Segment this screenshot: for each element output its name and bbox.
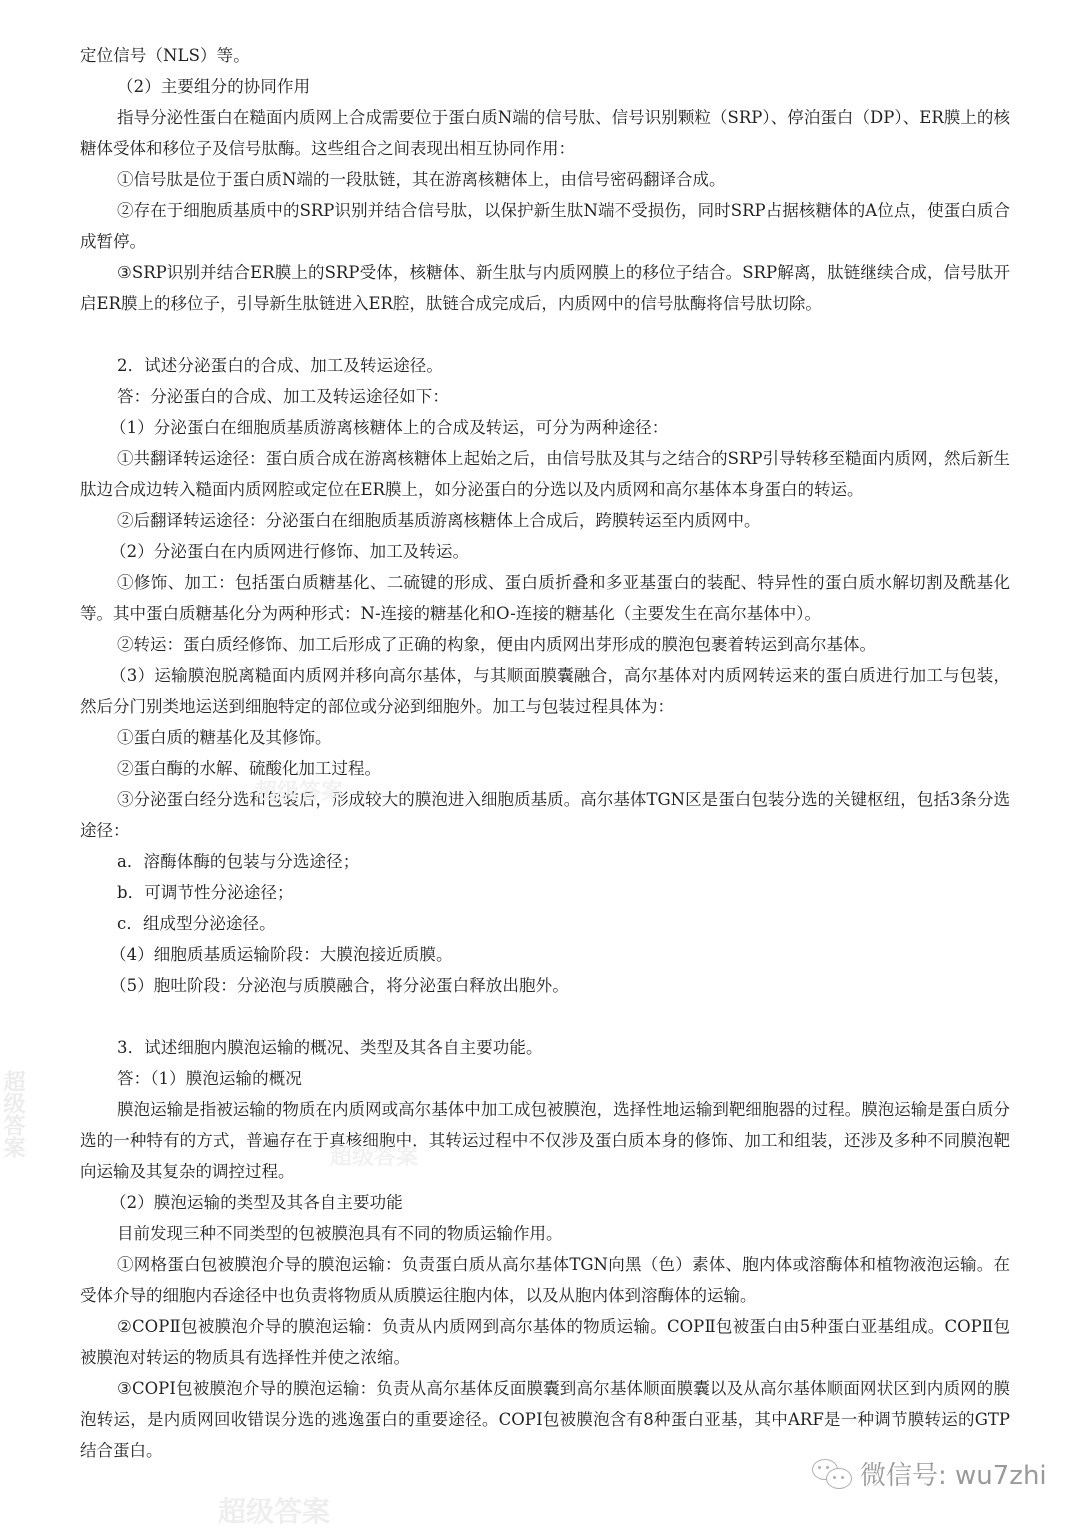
bottom-watermark: 超级答案: [218, 1490, 330, 1528]
paragraph-intro: 指导分泌性蛋白在糙面内质网上合成需要位于蛋白质N端的信号肽、信号识别颗粒（SRP…: [80, 102, 1010, 164]
pathway-c: c．组成型分泌途径。: [80, 908, 1010, 939]
wechat-icon: [812, 1459, 852, 1489]
list-item-copii: ②COPⅡ包被膜泡介导的膜泡运输：负责从内质网到高尔基体的物质运输。COPⅡ包被…: [80, 1311, 1010, 1373]
question-3-title: 3．试述细胞内膜泡运输的概况、类型及其各自主要功能。: [80, 1032, 1010, 1063]
mid-watermark-2: 超级答案: [330, 1140, 418, 1171]
document-page: 定位信号（NLS）等。 （2）主要组分的协同作用 指导分泌性蛋白在糙面内质网上合…: [80, 40, 1010, 1466]
question-2-part-2-heading: （2）分泌蛋白在内质网进行修饰、加工及转运。: [80, 536, 1010, 567]
question-2-part-4: （4）细胞质基质运输阶段：大膜泡接近质膜。: [80, 939, 1010, 970]
question-3-part-2-intro: 目前发现三种不同类型的包被膜泡具有不同的物质运输作用。: [80, 1218, 1010, 1249]
side-watermark: 超级答案: [4, 1070, 26, 1158]
question-3-overview: 膜泡运输是指被运输的物质在内质网或高尔基体中加工成包被膜泡，选择性地运输到靶细胞…: [80, 1094, 1010, 1187]
question-2-part-1-heading: （1）分泌蛋白在细胞质基质游离核糖体上的合成及转运，可分为两种途径：: [80, 412, 1010, 443]
question-2-part-5: （5）胞吐阶段：分泌泡与质膜融合，将分泌蛋白释放出胞外。: [80, 970, 1010, 1001]
list-item-signal-peptide: ①信号肽是位于蛋白质N端的一段肽链，其在游离核糖体上，由信号密码翻译合成。: [80, 164, 1010, 195]
question-2-title: 2．试述分泌蛋白的合成、加工及转运途径。: [80, 350, 1010, 381]
list-item-sorting: ③分泌蛋白经分选和包装后，形成较大的膜泡进入细胞质基质。高尔基体TGN区是蛋白包…: [80, 784, 1010, 846]
question-2-part-3-text: （3）运输膜泡脱离糙面内质网并移向高尔基体，与其顺面膜囊融合，高尔基体对内质网转…: [80, 660, 1010, 722]
question-3-part-2-heading: （2）膜泡运输的类型及其各自主要功能: [80, 1187, 1010, 1218]
list-item-hydrolysis: ②蛋白酶的水解、硫酸化加工过程。: [80, 753, 1010, 784]
list-item-modification: ①修饰、加工：包括蛋白质糖基化、二硫键的形成、蛋白质折叠和多亚基蛋白的装配、特异…: [80, 567, 1010, 629]
wechat-watermark: 微信号: wu7zhi: [812, 1455, 1047, 1492]
list-item-posttranslational: ②后翻译转运途径：分泌蛋白在细胞质基质游离核糖体上合成后，跨膜转运至内质网中。: [80, 505, 1010, 536]
list-item-glycosylation: ①蛋白质的糖基化及其修饰。: [80, 722, 1010, 753]
question-3-answer-heading: 答：（1）膜泡运输的概况: [80, 1063, 1010, 1094]
list-item-cotranslational: ①共翻译转运途径：蛋白质合成在游离核糖体上起始之后，由信号肽及其与之结合的SRP…: [80, 443, 1010, 505]
subheading-coordination: （2）主要组分的协同作用: [80, 71, 1010, 102]
list-item-clathrin: ①网格蛋白包被膜泡介导的膜泡运输：负责蛋白质从高尔基体TGN向黑（色）素体、胞内…: [80, 1249, 1010, 1311]
pathway-b: b．可调节性分泌途径；: [80, 877, 1010, 908]
list-item-srp: ②存在于细胞质基质中的SRP识别并结合信号肽，以保护新生肽N端不受损伤，同时SR…: [80, 195, 1010, 257]
list-item-srp-receptor: ③SRP识别并结合ER膜上的SRP受体，核糖体、新生肽与内质网膜上的移位子结合。…: [80, 257, 1010, 319]
question-2-answer-intro: 答：分泌蛋白的合成、加工及转运途径如下：: [80, 381, 1010, 412]
list-item-transport: ②转运：蛋白质经修饰、加工后形成了正确的构象，便由内质网出芽形成的膜泡包裹着转运…: [80, 629, 1010, 660]
continuation-line: 定位信号（NLS）等。: [80, 40, 1010, 71]
list-item-copi: ③COPⅠ包被膜泡介导的膜泡运输：负责从高尔基体反面膜囊到高尔基体顺面膜囊以及从…: [80, 1373, 1010, 1466]
mid-watermark: 超级答案: [255, 775, 343, 806]
pathway-a: a．溶酶体酶的包装与分选途径；: [80, 846, 1010, 877]
wechat-label: 微信号: wu7zhi: [860, 1455, 1047, 1492]
